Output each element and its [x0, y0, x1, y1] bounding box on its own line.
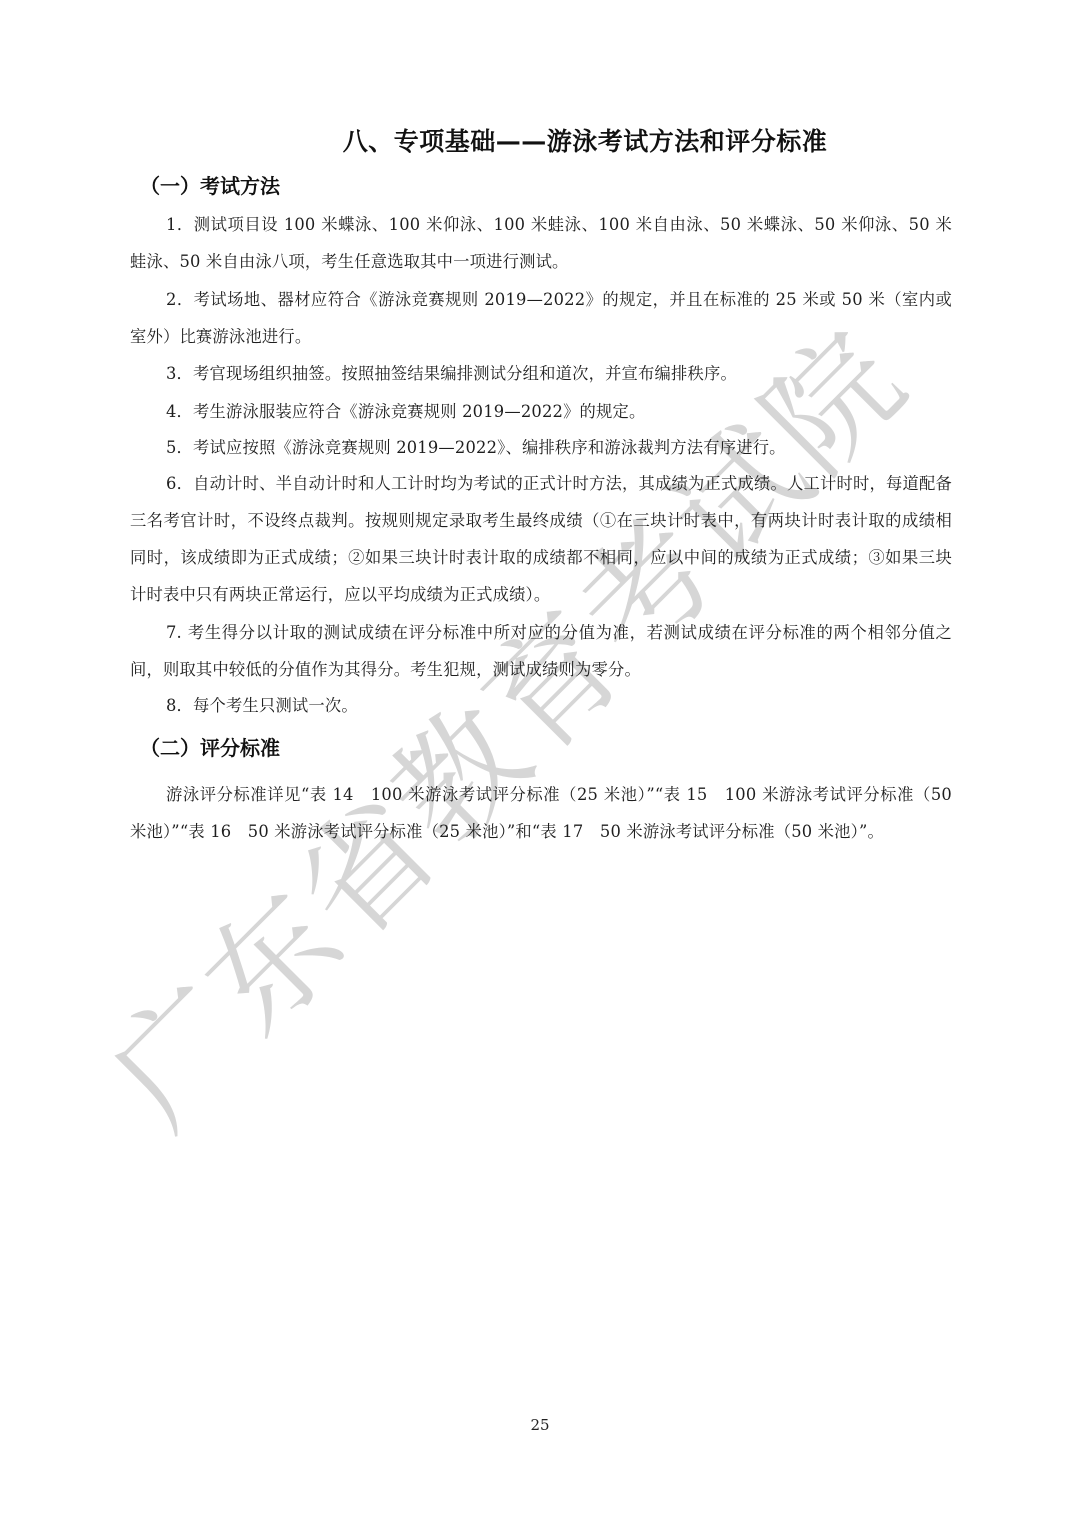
- paragraph-item-3: 3．考官现场组织抽签。按照抽签结果编排测试分组和道次，并宣布编排秩序。: [130, 355, 952, 392]
- paragraph-item-2: 2．考试场地、器材应符合《游泳竞赛规则 2019—2022》的规定，并且在标准的…: [130, 281, 952, 355]
- paragraph-scoring-reference: 游泳评分标准详见“表 14 100 米游泳考试评分标准（25 米池）”“表 15…: [130, 776, 952, 850]
- section-heading-scoring-standard: （二）评分标准: [140, 732, 280, 761]
- paragraph-item-8: 8．每个考生只测试一次。: [130, 687, 952, 724]
- page-title: 八、专项基础——游泳考试方法和评分标准: [0, 122, 1080, 158]
- paragraph-item-4: 4．考生游泳服装应符合《游泳竞赛规则 2019—2022》的规定。: [130, 393, 952, 430]
- paragraph-item-1: 1．测试项目设 100 米蝶泳、100 米仰泳、100 米蛙泳、100 米自由泳…: [130, 206, 952, 280]
- paragraph-item-6: 6．自动计时、半自动计时和人工计时均为考试的正式计时方法，其成绩为正式成绩。人工…: [130, 465, 952, 613]
- paragraph-item-5: 5．考试应按照《游泳竞赛规则 2019—2022》、编排秩序和游泳裁判方法有序进…: [130, 429, 952, 466]
- page-number: 25: [0, 1416, 1080, 1434]
- section-heading-exam-method: （一）考试方法: [140, 170, 280, 199]
- document-page: 八、专项基础——游泳考试方法和评分标准 （一）考试方法 1．测试项目设 100 …: [0, 0, 1080, 1526]
- paragraph-item-7: 7. 考生得分以计取的测试成绩在评分标准中所对应的分值为准，若测试成绩在评分标准…: [130, 614, 952, 688]
